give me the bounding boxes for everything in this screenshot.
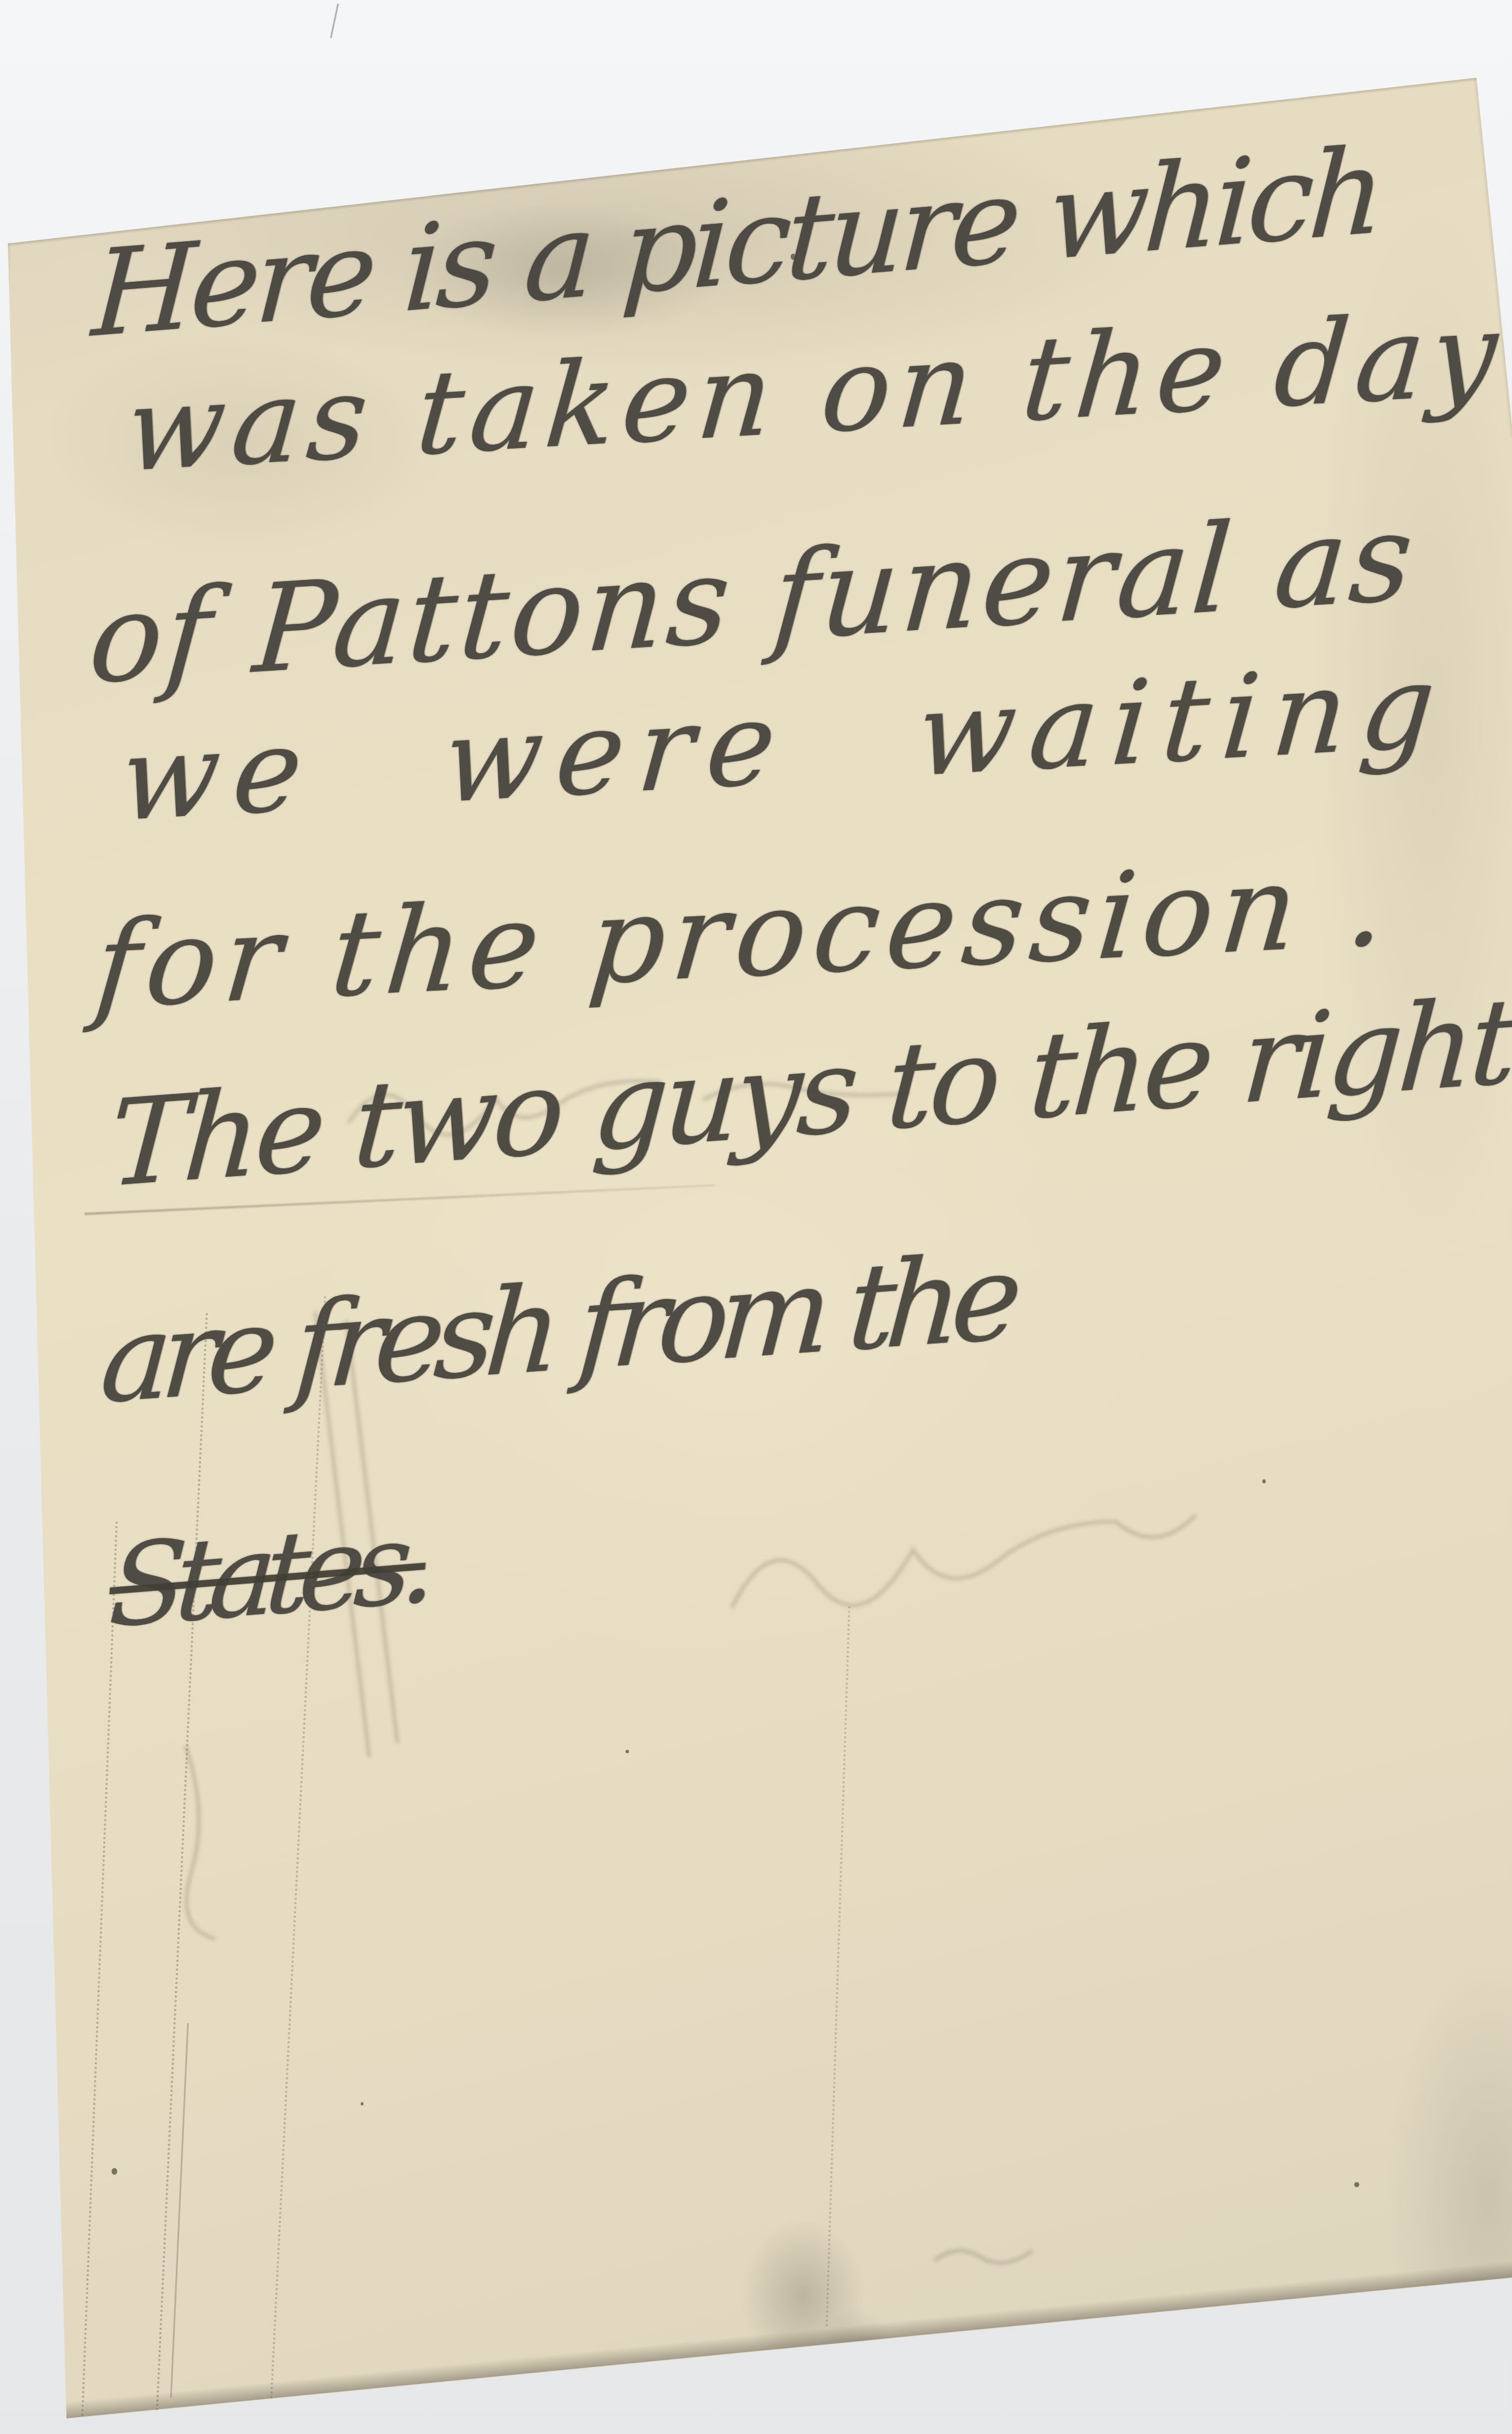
dotted-bleed-line-4 [826, 1606, 850, 2327]
paper-speck [791, 254, 796, 260]
postcard-back-paper: Here is a picture which was taken on the… [0, 0, 1512, 2434]
paper-speck [112, 2168, 117, 2175]
paper-speck [361, 2102, 363, 2105]
dotted-bleed-line-2 [156, 1313, 208, 2417]
dotted-bleed-line-3 [269, 1296, 326, 2422]
paper-speck [1262, 1479, 1266, 1483]
handwriting-line-8: States. [106, 1496, 429, 1653]
paper-speck [1354, 2182, 1359, 2187]
card-left-edge-shadow [0, 242, 12, 2428]
scanner-dust-hair [330, 3, 339, 38]
handwriting-line-7: are fresh from the [96, 1227, 1016, 1430]
scanned-photo-back: Here is a picture which was taken on the… [0, 0, 1512, 2434]
card-bottom-edge-shadow [61, 2258, 1512, 2419]
paper-speck [626, 1750, 629, 1753]
dotted-bleed-line-1 [81, 1522, 118, 2417]
